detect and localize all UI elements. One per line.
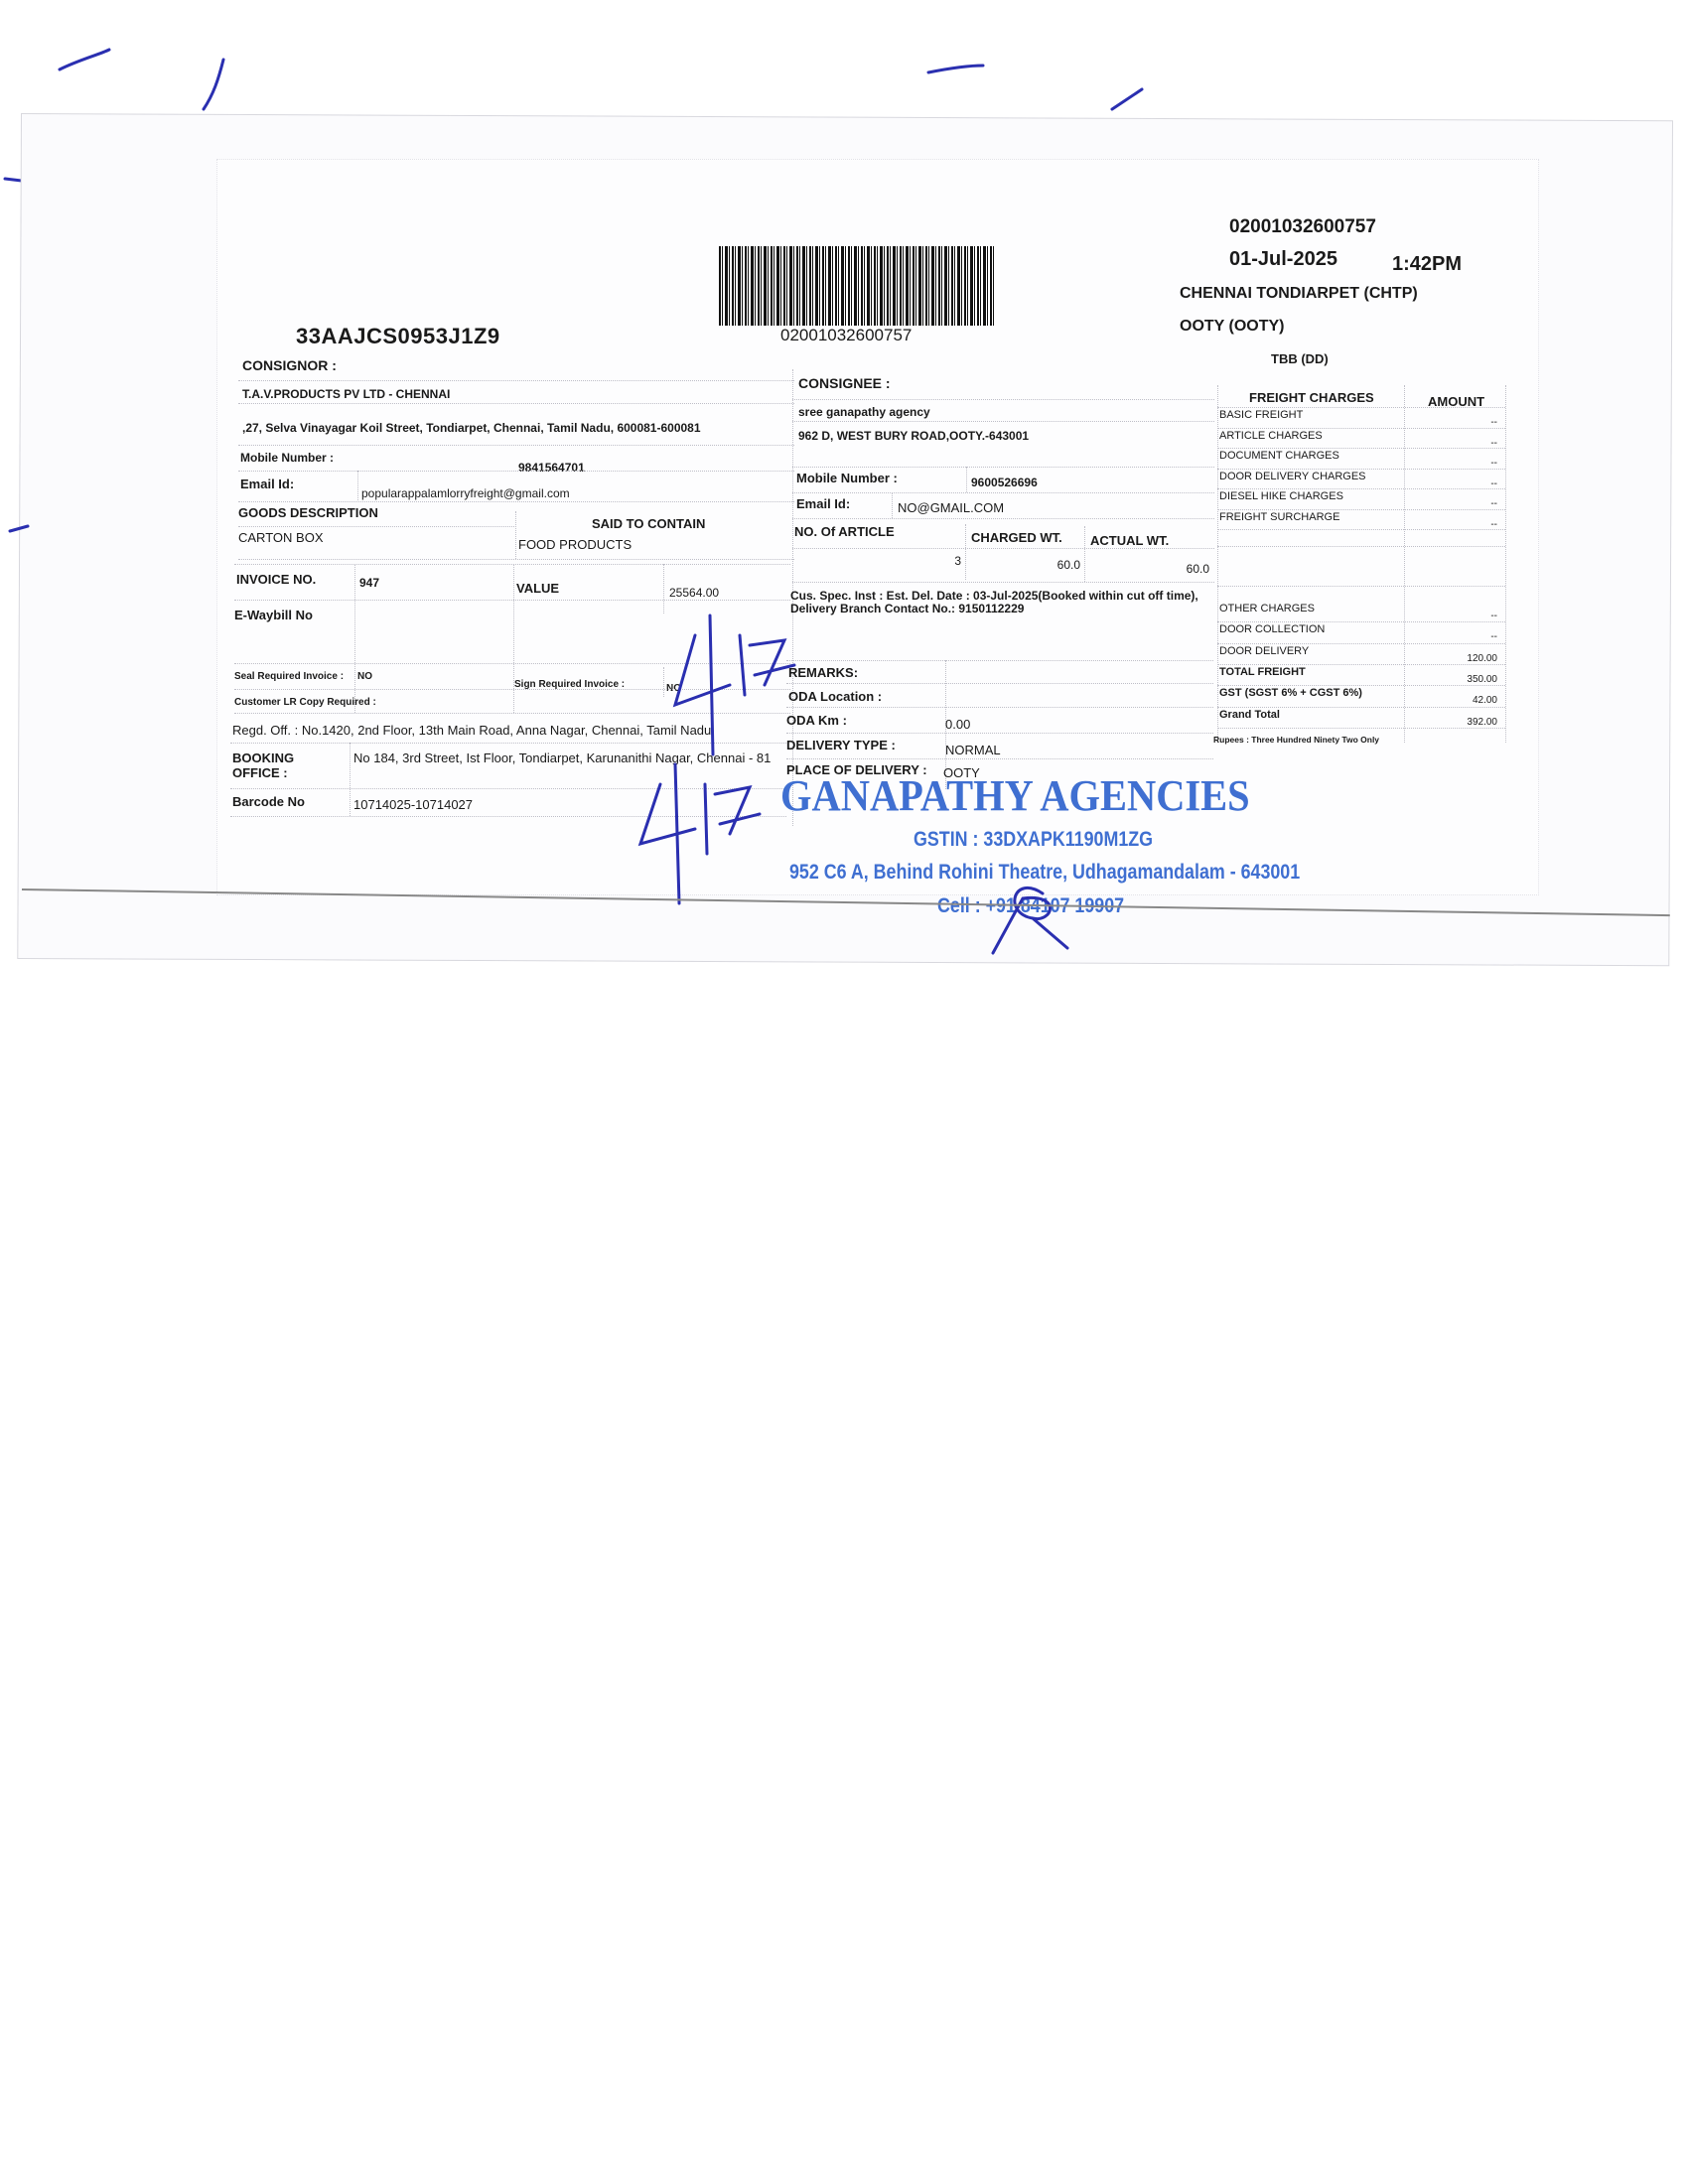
handwritten-annotations — [0, 0, 1688, 993]
